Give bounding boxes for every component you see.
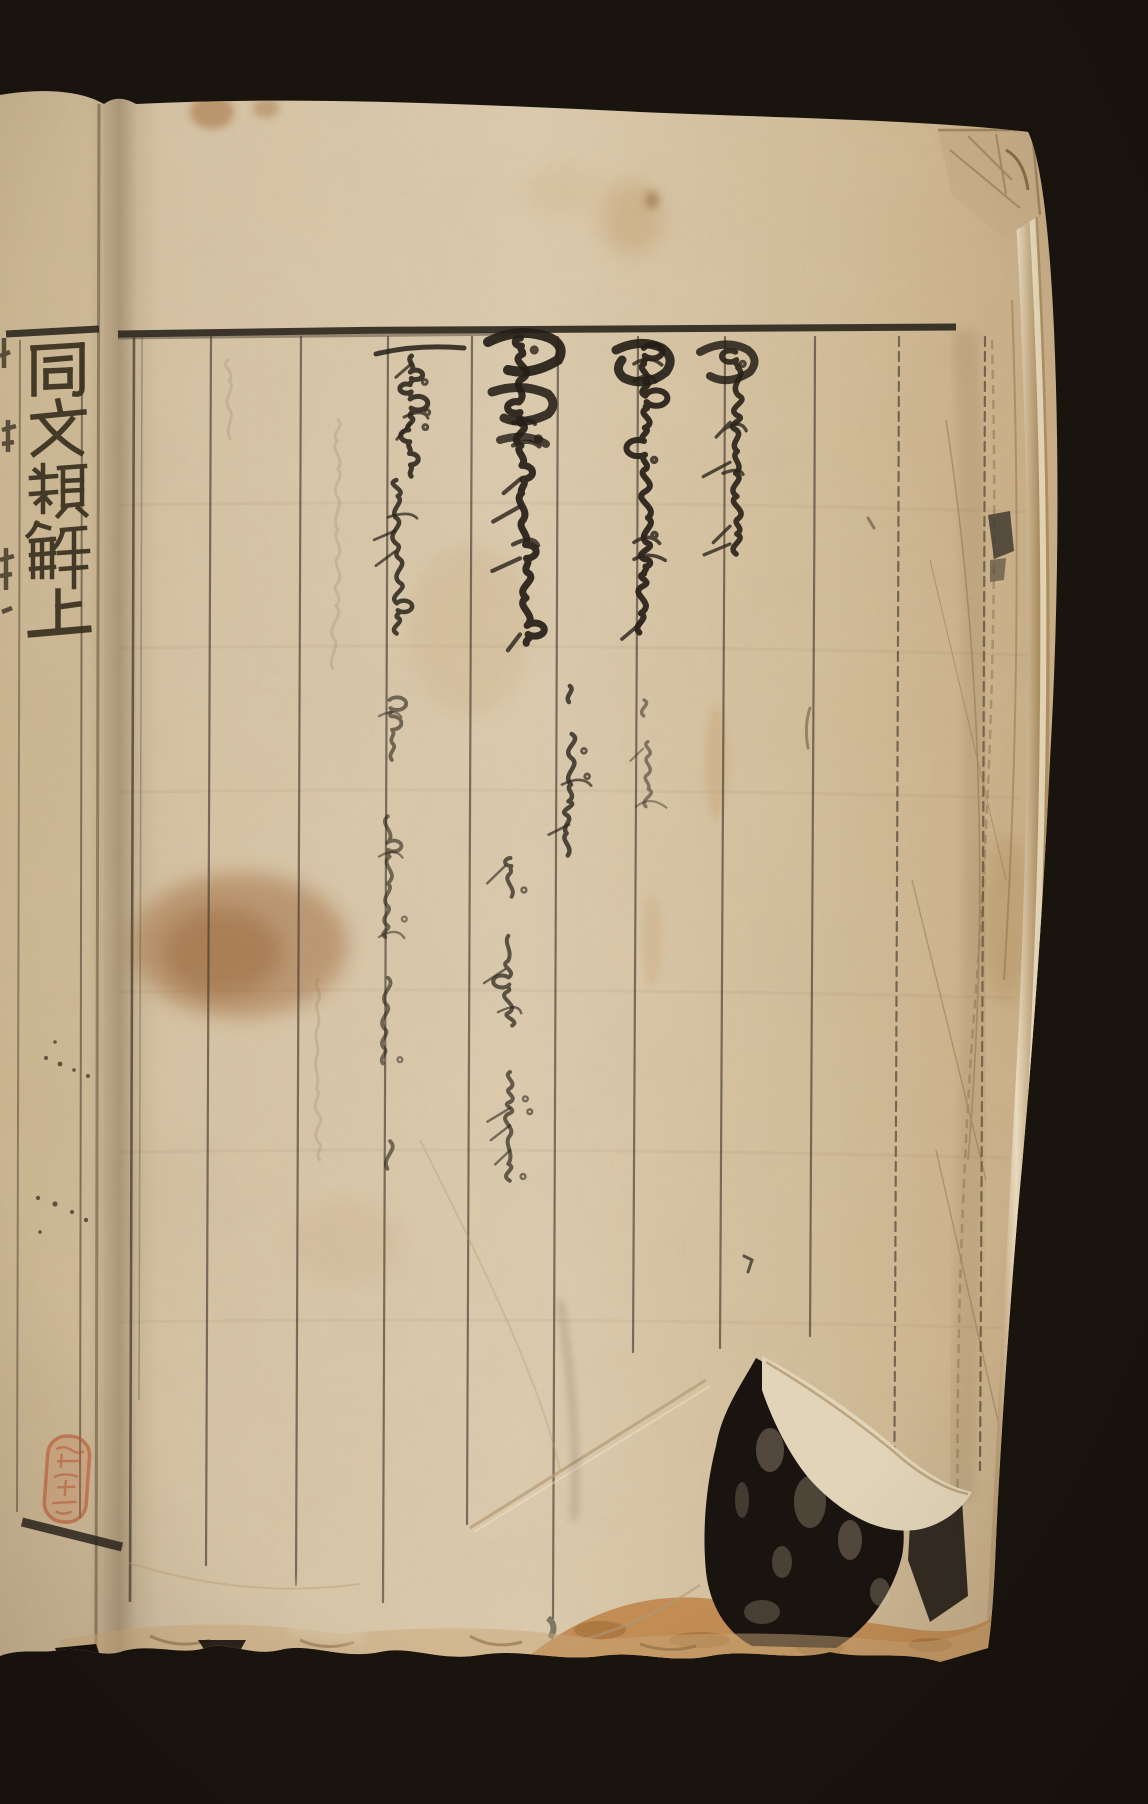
photo-vignette xyxy=(0,0,1148,1804)
book-photo xyxy=(0,0,1148,1804)
photo-frame: 同文類解上 xyxy=(0,0,1148,1804)
